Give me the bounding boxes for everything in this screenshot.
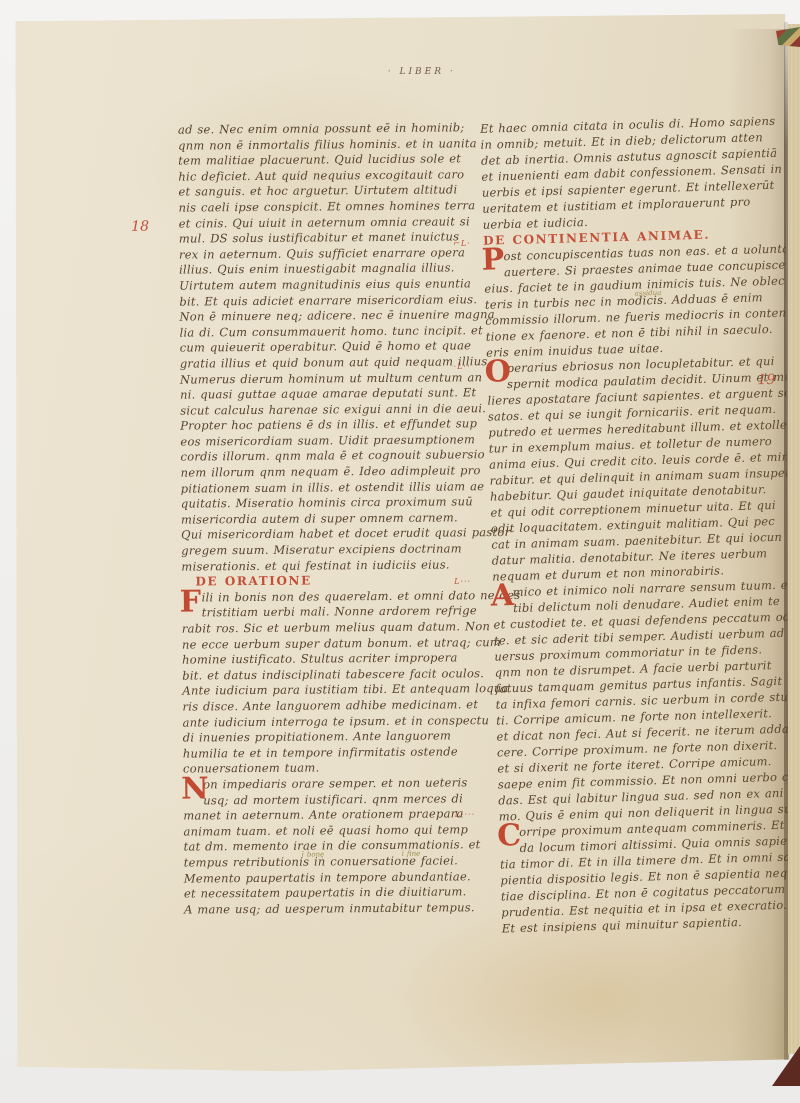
line-text: et cinis. Qui uiuit in aeternum omnia cr…	[179, 214, 470, 230]
line-text: on impediaris orare semper. et non ueter…	[203, 775, 468, 791]
line-text: miserationis. et qui festinat in iudicii…	[181, 557, 449, 573]
gutter-section-marks: ⌐L··L··L···L····	[12, 14, 787, 16]
line-text: misericordia autem di super omnem carnem…	[181, 510, 458, 526]
line-text: uerbia et iudicia.	[483, 215, 589, 232]
line-text: illius. Quis enim inuestigabit magnalia …	[179, 261, 455, 277]
manuscript-line: A mane usq; ad uesperum inmutabitur temp…	[184, 900, 480, 918]
line-text: nis caeli ipse conspicit. Et omnes homin…	[179, 198, 476, 214]
line-text: Uirtutem autem magnitudinis eius quis en…	[179, 276, 471, 292]
line-text: tristitiam uerbi mali. Nonne ardorem ref…	[202, 604, 477, 620]
line-text: animam tuam. et noli eē quasi homo qui t…	[183, 822, 468, 838]
line-text: manet in aeternum. Ante orationem praepa…	[183, 806, 463, 822]
line-text: Memento paupertatis in tempore abundanti…	[184, 869, 471, 885]
line-text: rabit ros. Sic et uerbum melius quam dat…	[182, 619, 490, 635]
line-text: sicut calculus harenae sic exigui anni i…	[180, 401, 486, 417]
line-text: gratia illius et quid bonum aut quid neq…	[180, 354, 492, 370]
line-text: di inuenies propitiationem. Ante languor…	[183, 729, 452, 745]
rubricated-initial: A	[490, 581, 514, 612]
manuscript-page: · LIBER · 18 19 ⌐L··L··L···L···· ad se. …	[12, 14, 790, 1072]
line-text: tat dm. memento irae in die consummation…	[184, 838, 481, 854]
running-title: · LIBER ·	[342, 67, 502, 77]
line-text: hic deficiet. Aut quid nequius excogitau…	[178, 167, 464, 183]
line-text: qnm non ē inmortalis filius hominis. et …	[178, 136, 477, 152]
line-text: bit. et datus indisciplinati tabescere f…	[182, 666, 484, 682]
line-text: bit. Et quis adiciet enarrare misericord…	[179, 292, 477, 308]
rubricated-initial: N	[181, 774, 209, 804]
line-text: ne ecce uerbum super datum bonum. et utr…	[182, 635, 501, 652]
line-text: ante iudicium interroga te ipsum. et in …	[183, 713, 490, 729]
line-text: Ante iudicium para iustitiam tibi. Et an…	[182, 681, 508, 698]
line-text: ni. quasi guttae aquae amarae deputati s…	[180, 385, 476, 401]
rubricated-initial: C	[497, 821, 522, 852]
line-text: homine iustificato. Stultus acriter impr…	[182, 651, 458, 667]
line-text: Non ē minuere neq; adicere. nec ē inueni…	[179, 307, 495, 323]
line-text: humilia te et in tempore infirmitatis os…	[183, 744, 458, 760]
interlinear-gloss: assidua	[634, 285, 661, 302]
book-fore-edge	[788, 24, 800, 1054]
rubricated-initial: P	[481, 245, 505, 276]
line-text: mul. DS solus iustificabitur et manet in…	[179, 230, 460, 246]
line-text: rex in aeternum. Quis sufficiet enarrare…	[179, 245, 465, 261]
text-column-right: Et haec omnia citata in oculis di. Homo …	[480, 113, 800, 937]
interlinear-gloss: ī bonę	[302, 847, 325, 863]
line-text: Propter hoc patiens ē ds in illis. et ef…	[180, 417, 477, 433]
line-text: nem illorum qnm nequam ē. Ideo adimpleui…	[181, 463, 481, 479]
rubricated-initial: F	[180, 587, 202, 617]
line-text: A mane usq; ad uesperum inmutabitur temp…	[184, 900, 475, 916]
line-text: gregem suum. Miseratur excipiens doctrin…	[181, 541, 462, 557]
line-text: quitatis. Miseratio hominis circa proxim…	[181, 495, 473, 511]
interlinear-gloss: ī fine	[402, 847, 421, 863]
line-text: et necessitatem paupertatis in die diuit…	[184, 884, 467, 900]
line-text: Qui misericordiam habet et docet erudit …	[181, 525, 510, 542]
line-text: et sanguis. et hoc arguetur. Uirtutem al…	[178, 183, 457, 199]
line-text: cum quieuerit operabitur. Quid ē homo et…	[180, 339, 472, 355]
line-text: Numerus dierum hominum ut multum centum …	[180, 370, 482, 386]
text-column-left: ad se. Nec enim omnia possunt eē in homi…	[178, 120, 480, 918]
line-text: pitiationem suam in illis. et ostendit i…	[181, 479, 485, 495]
line-text: eos misericordiam suam. Uidit praesumpti…	[180, 432, 475, 448]
line-text: tem malitiae placuerunt. Quid lucidius s…	[178, 152, 461, 168]
folio-number-left: 18	[131, 219, 149, 235]
line-text: ris disce. Ante languorem adhibe medicin…	[182, 697, 478, 713]
line-text: lia di. Cum consummauerit homo. tunc inc…	[179, 323, 483, 339]
line-text: usq; ad mortem iustificari. qnm merces d…	[203, 791, 463, 807]
line-text: cordis illorum. qnm mala ē et cognouit s…	[180, 448, 484, 464]
rubricated-initial: O	[484, 357, 511, 388]
line-text: ili in bonis non des quaerelam. et omni …	[202, 588, 521, 605]
line-text: ad se. Nec enim omnia possunt eē in homi…	[178, 120, 465, 136]
photo-background: · LIBER · 18 19 ⌐L··L··L···L···· ad se. …	[0, 0, 800, 1103]
